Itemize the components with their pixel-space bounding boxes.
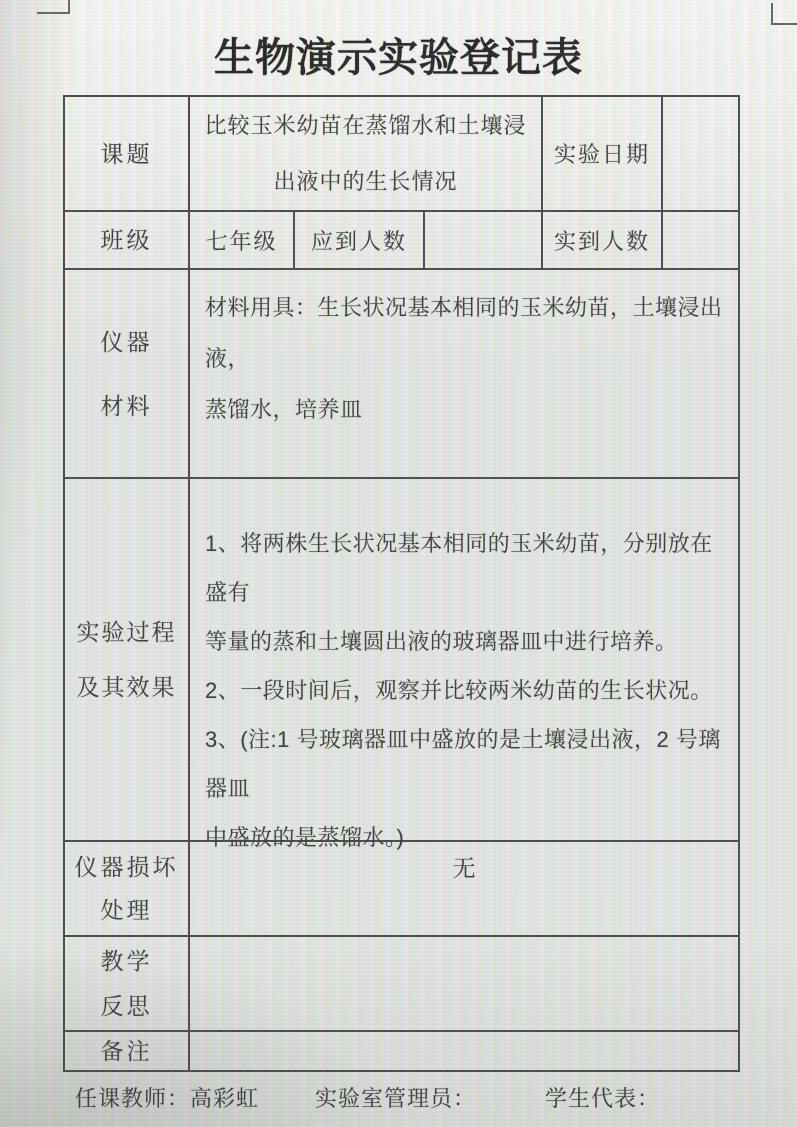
process-step-3: 3、(注:1 号玻璃器皿中盛放的是土壤浸出液，2 号璃器皿 <box>205 715 730 813</box>
student-representative-signature: 学生代表： <box>545 1082 660 1113</box>
cell-reflection-value <box>190 937 738 1032</box>
equipment-label-line1: 仪器 <box>101 310 153 374</box>
cell-process-label: 实验过程 及其效果 <box>65 479 190 842</box>
reflection-label-line1: 教学 <box>101 939 153 984</box>
cell-expected-value <box>425 212 543 270</box>
cell-equipment-label: 仪器 材料 <box>65 270 190 479</box>
cell-reflection-label: 教学 反思 <box>65 937 190 1032</box>
cell-process-content: 1、将两株生长状况基本相同的玉米幼苗，分别放在盛有 等量的蒸和土壤圆出液的玻璃器… <box>190 479 738 842</box>
actual-label-text: 实到人数 <box>554 225 650 256</box>
lab-manager-signature: 实验室管理员： <box>315 1082 476 1113</box>
cell-equipment-content: 材料用具：生长状况基本相同的玉米幼苗，土壤浸出液， 蒸馏水，培养皿 <box>190 270 738 479</box>
cell-damage-label: 仪器损坏 处理 <box>65 842 190 937</box>
equipment-label-line2: 材料 <box>101 374 153 438</box>
cell-class-value: 七年级 <box>190 212 295 270</box>
topic-value-line1: 比较玉米幼苗在蒸馏水和土壤浸 <box>204 98 526 154</box>
damage-value-text: 无 <box>453 850 476 883</box>
signature-line: 任课教师：高彩虹 实验室管理员： 学生代表： <box>75 1082 735 1114</box>
equipment-content-line1: 材料用具：生长状况基本相同的玉米幼苗，土壤浸出液， <box>205 282 728 384</box>
cell-remark-value <box>190 1032 738 1070</box>
cell-actual-label: 实到人数 <box>543 212 663 270</box>
cell-topic-label: 课题 <box>65 97 190 212</box>
damage-label-line2: 处理 <box>101 889 153 932</box>
document-photo: 生物演示实验登记表 课题 比较玉米幼苗在蒸馏水和土壤浸 出液中的生长情况 实验日… <box>0 0 797 1127</box>
class-value-text: 七年级 <box>205 225 277 256</box>
expected-label-text: 应到人数 <box>311 225 407 256</box>
teacher-signature: 任课教师：高彩虹 <box>75 1082 259 1113</box>
text-boundary-mark-top-right <box>771 3 797 25</box>
process-label-line2: 及其效果 <box>77 660 177 715</box>
process-label-line1: 实验过程 <box>77 605 177 660</box>
process-step-2: 2、一段时间后，观察并比较两米幼苗的生长状况。 <box>205 666 730 715</box>
cell-date-value <box>663 97 738 212</box>
registration-table: 课题 比较玉米幼苗在蒸馏水和土壤浸 出液中的生长情况 实验日期 班级 七年级 应… <box>63 95 740 1072</box>
class-label-text: 班级 <box>101 219 153 261</box>
cell-damage-value: 无 <box>190 842 738 937</box>
cell-expected-label: 应到人数 <box>295 212 425 270</box>
date-label-text: 实验日期 <box>554 138 650 169</box>
text-boundary-mark-top-left <box>37 0 70 14</box>
remark-label-text: 备注 <box>101 1032 153 1070</box>
reflection-label-line2: 反思 <box>101 984 153 1029</box>
cell-remark-label: 备注 <box>65 1032 190 1070</box>
cell-class-label: 班级 <box>65 212 190 270</box>
cell-actual-value <box>663 212 738 270</box>
page-title: 生物演示实验登记表 <box>0 26 797 83</box>
topic-value-line2: 出液中的生长情况 <box>273 154 457 210</box>
cell-date-label: 实验日期 <box>543 97 663 212</box>
equipment-content-line2: 蒸馏水，培养皿 <box>205 384 728 435</box>
topic-label-text: 课题 <box>101 133 153 175</box>
cell-topic-value: 比较玉米幼苗在蒸馏水和土壤浸 出液中的生长情况 <box>190 97 543 212</box>
process-step-1b: 等量的蒸和土壤圆出液的玻璃器皿中进行培养。 <box>205 617 730 666</box>
process-step-1: 1、将两株生长状况基本相同的玉米幼苗，分别放在盛有 <box>205 519 730 617</box>
damage-label-line1: 仪器损坏 <box>75 846 179 889</box>
